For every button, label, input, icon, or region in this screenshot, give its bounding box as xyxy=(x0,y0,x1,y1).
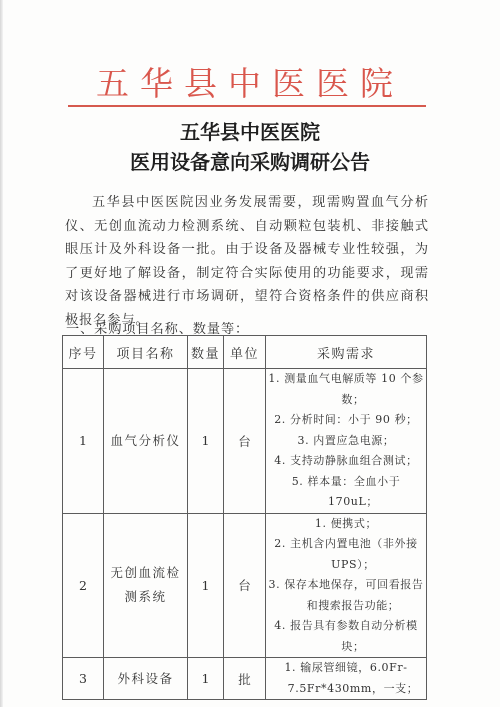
cell-unit: 台 xyxy=(224,513,266,658)
cell-name: 外科设备 xyxy=(104,658,188,700)
intro-paragraph: 五华县中医医院因业务发展需要，现需购置血气分析仪、无创血流动力检测系统、自动颗粒… xyxy=(65,191,429,332)
cell-requirements: 1. 测量血气电解质等 10 个参数； 2. 分析时间：小于 90 秒； 3. … xyxy=(266,369,427,514)
letterhead-red-rule xyxy=(68,105,426,107)
cell-seq: 1 xyxy=(63,369,104,514)
requirement-item: 1. 测量血气电解质等 10 个参数； xyxy=(266,369,426,410)
header-qty: 数量 xyxy=(188,336,224,369)
letterhead-org-name: 五华县中医医院 xyxy=(0,58,500,105)
requirement-item: 2. 分析时间：小于 90 秒； xyxy=(266,410,426,431)
cell-qty: 1 xyxy=(188,658,224,700)
cell-qty: 1 xyxy=(188,369,224,514)
table-row: 2 无创血流检测系统 1 台 1. 便携式； 2. 主机含内置电池（非外接UPS… xyxy=(63,513,427,658)
document-title-org: 五华县中医医院 xyxy=(0,116,500,145)
header-unit: 单位 xyxy=(224,336,266,369)
requirement-item: 5. 样本量：全血小于 170uL； xyxy=(266,472,426,513)
cell-name: 无创血流检测系统 xyxy=(104,513,188,658)
cell-name: 血气分析仪 xyxy=(104,369,188,514)
requirement-item: 4. 支持动静脉血组合测试； xyxy=(266,451,426,472)
requirement-item: 2. 主机含内置电池（非外接UPS）； xyxy=(266,534,426,575)
cell-requirements: 1. 便携式； 2. 主机含内置电池（非外接UPS）； 3. 保存本地保存，可回… xyxy=(266,513,427,658)
document-title-subject: 医用设备意向采购调研公告 xyxy=(0,146,500,175)
requirement-item: 1. 输尿管细镜，6.0Fr-7.5Fr*430mm，一支； xyxy=(266,658,426,699)
cell-qty: 1 xyxy=(188,513,224,658)
requirement-item: 3. 保存本地保存，可回看报告和搜索报告功能； xyxy=(266,575,426,616)
table-row: 3 外科设备 1 批 1. 输尿管细镜，6.0Fr-7.5Fr*430mm，一支… xyxy=(63,658,427,700)
cell-unit: 台 xyxy=(224,369,266,514)
header-seq: 序号 xyxy=(63,336,104,369)
cell-unit: 批 xyxy=(224,658,266,700)
header-name: 项目名称 xyxy=(104,336,188,369)
table-header-row: 序号 项目名称 数量 单位 采购需求 xyxy=(63,336,427,369)
requirement-item: 4. 报告具有参数自动分析模块； xyxy=(266,616,426,657)
requirement-item: 1. 便携式； xyxy=(266,514,426,535)
cell-requirements: 1. 输尿管细镜，6.0Fr-7.5Fr*430mm，一支； xyxy=(266,658,427,700)
page-edge xyxy=(0,0,3,707)
cell-seq: 3 xyxy=(63,658,104,700)
procurement-table: 序号 项目名称 数量 单位 采购需求 1 血气分析仪 1 台 1. 测量血气电解… xyxy=(62,335,427,700)
cell-seq: 2 xyxy=(63,513,104,658)
header-requirements: 采购需求 xyxy=(266,336,427,369)
requirement-item: 3. 内置应急电源； xyxy=(266,431,426,452)
table-row: 1 血气分析仪 1 台 1. 测量血气电解质等 10 个参数； 2. 分析时间：… xyxy=(63,369,427,514)
